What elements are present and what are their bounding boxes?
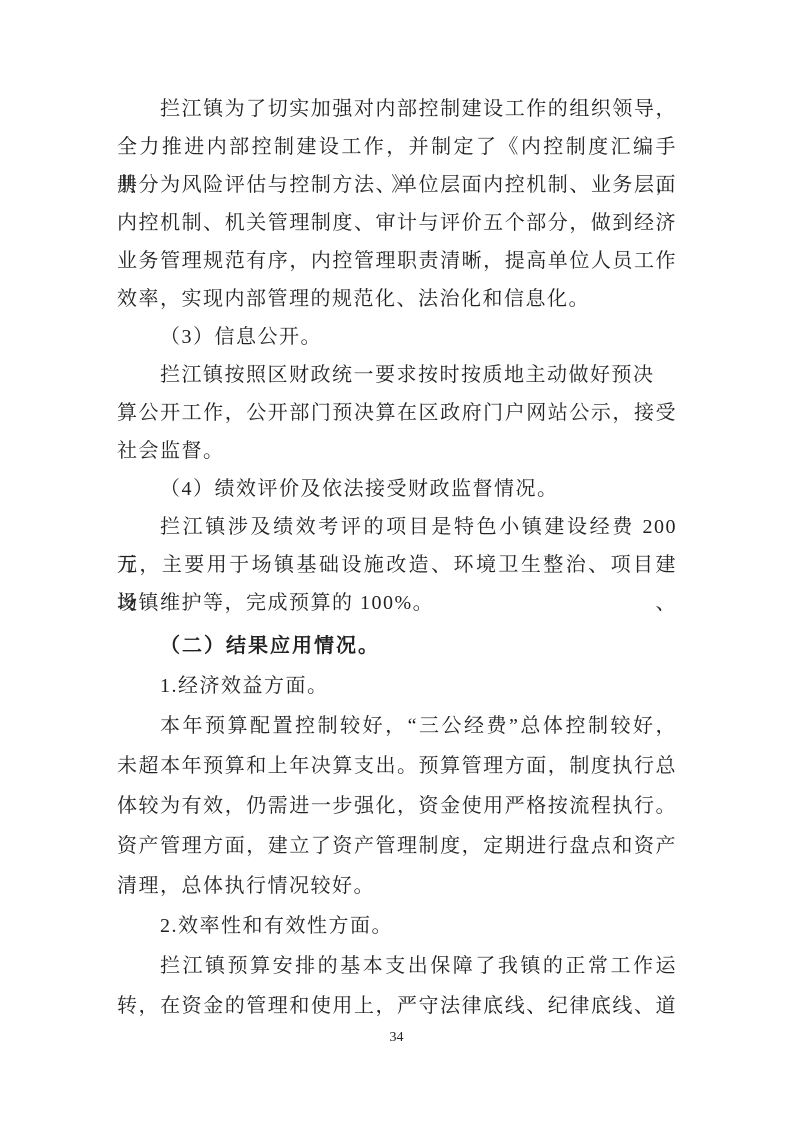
paragraph-line: 全力推进内部控制建设工作，并制定了《内控制度汇编手册》， bbox=[117, 128, 677, 166]
paragraph-line: 拦江镇预算安排的基本支出保障了我镇的正常工作运 bbox=[117, 946, 677, 986]
paragraph-line: 元，主要用于场镇基础设施改造、环境卫生整治、项目建设、 bbox=[117, 546, 677, 584]
list-item-heading: 1.经济效益方面。 bbox=[117, 666, 677, 706]
text-block-upper: 拦江镇为了切实加强对内部控制建设工作的组织领导， 全力推进内部控制建设工作，并制… bbox=[117, 90, 677, 622]
paragraph-line: 共分为风险评估与控制方法、单位层面内控机制、业务层面 bbox=[117, 166, 677, 204]
list-item-heading: （3）信息公开。 bbox=[117, 318, 677, 356]
paragraph-line: 效率，实现内部管理的规范化、法治化和信息化。 bbox=[117, 280, 677, 318]
page-number: 34 bbox=[0, 1028, 793, 1048]
paragraph-line: 社会监督。 bbox=[117, 432, 677, 470]
paragraph-line: 未超本年预算和上年决算支出。预算管理方面，制度执行总 bbox=[117, 746, 677, 786]
paragraph-line: 体较为有效，仍需进一步强化，资金使用严格按流程执行。 bbox=[117, 786, 677, 826]
list-item-heading: 2.效率性和有效性方面。 bbox=[117, 906, 677, 946]
paragraph-line: 转，在资金的管理和使用上，严守法律底线、纪律底线、道 bbox=[117, 986, 677, 1026]
paragraph-line: 拦江镇涉及绩效考评的项目是特色小镇建设经费 200 万 bbox=[117, 508, 677, 546]
paragraph-line: 业务管理规范有序，内控管理职责清晰，提高单位人员工作 bbox=[117, 242, 677, 280]
paragraph-line: 算公开工作，公开部门预决算在区政府门户网站公示，接受 bbox=[117, 394, 677, 432]
paragraph-line: 拦江镇为了切实加强对内部控制建设工作的组织领导， bbox=[117, 90, 677, 128]
text-block-lower: （二）结果应用情况。 1.经济效益方面。 本年预算配置控制较好，“三公经费”总体… bbox=[117, 626, 677, 1026]
paragraph-line: 清理，总体执行情况较好。 bbox=[117, 866, 677, 906]
list-item-heading: （4）绩效评价及依法接受财政监督情况。 bbox=[117, 470, 677, 508]
paragraph-line: 内控机制、机关管理制度、审计与评价五个部分，做到经济 bbox=[117, 204, 677, 242]
paragraph-line: 本年预算配置控制较好，“三公经费”总体控制较好， bbox=[117, 706, 677, 746]
section-heading: （二）结果应用情况。 bbox=[117, 626, 677, 666]
paragraph-line: 拦江镇按照区财政统一要求按时按质地主动做好预决 bbox=[117, 356, 677, 394]
paragraph-line: 资产管理方面，建立了资产管理制度，定期进行盘点和资产 bbox=[117, 826, 677, 866]
document-page: 拦江镇为了切实加强对内部控制建设工作的组织领导， 全力推进内部控制建设工作，并制… bbox=[0, 0, 793, 1122]
